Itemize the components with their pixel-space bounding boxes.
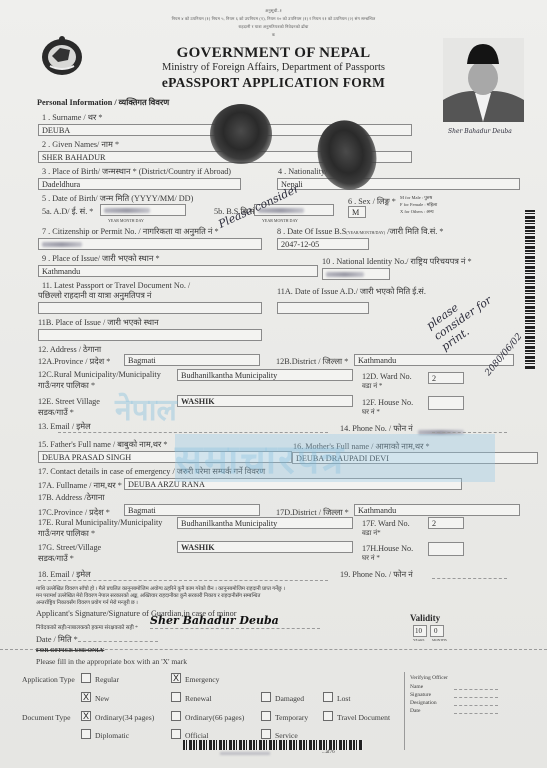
street-field[interactable]: WASHIK <box>177 395 353 407</box>
top-note-3: राहदानी र यात्रा अनुमतिपत्रको निवेदनको ढ… <box>0 24 547 30</box>
validity-label: Validity <box>410 613 440 623</box>
em-email-label: 18. Email / इमेल <box>38 569 91 580</box>
sex-hint-other: X for Others : अन्य <box>400 209 434 215</box>
barcode-text: ...af76 <box>322 750 335 755</box>
dob-ad-hint: YEAR MONTH DAY <box>108 218 144 223</box>
signature-label-np: निवेदकको सही/नाबालकको हकमा संरक्षकको सही… <box>36 623 138 631</box>
em-phone-label: 19. Phone No. / फोन नं <box>340 569 413 580</box>
father-label: 15. Father's Full name / बाबुको नाम,थर * <box>38 439 168 450</box>
option-diplomatic-label: Diplomatic <box>95 731 129 740</box>
sex-hint-male: M for Male : पुरुष <box>400 195 432 201</box>
date-of-issue-bs-field[interactable]: 2047-12-05 <box>277 238 369 250</box>
latest-passport-label-np: पछिल्लो राहदानी वा यात्रा अनुमतिपत्र नं <box>38 290 151 301</box>
watermark-line-1: नेपाल <box>115 388 177 429</box>
verifying-signature-label: Signature <box>410 692 431 698</box>
date-of-issue-bs-label-np: /जारी मिति वि.सं. * <box>387 227 443 236</box>
em-email-field[interactable] <box>38 580 328 581</box>
date-of-issue-bs-format: (YEAR/MONTH/DAY) <box>346 230 385 235</box>
district-label: 12B.District / जिल्ला * <box>276 356 348 367</box>
option-lost-label: Lost <box>337 694 351 703</box>
em-house-label: 17H.House No. <box>362 544 413 553</box>
checkbox-ordinary-66[interactable] <box>171 711 181 721</box>
validity-months-label: MONTHS <box>432 638 447 642</box>
option-renewal-label: Renewal <box>185 694 212 703</box>
applicant-signature: Sher Bahadur Deuba <box>150 614 279 627</box>
application-type-label: Application Type <box>22 675 75 684</box>
section-personal-info: Personal Information / व्यक्तिगत विवरण <box>37 97 169 108</box>
verifying-officer-title: Verifying Officer <box>410 675 448 681</box>
dob-label: 5 . Date of Birth/ जन्म मिति (YYYY/MM/ D… <box>42 193 193 204</box>
redacted-value <box>326 272 364 277</box>
date-of-issue-ad-field[interactable] <box>277 302 369 314</box>
option-ordinary-66-label: Ordinary(66 pages) <box>185 713 244 722</box>
em-house-field[interactable] <box>428 542 464 556</box>
em-fullname-label: 17A. Fullname / नाम,थर * <box>38 480 122 491</box>
checkbox-temporary[interactable] <box>261 711 271 721</box>
option-temporary-label: Temporary <box>275 713 308 722</box>
province-field[interactable]: Bagmati <box>124 354 260 366</box>
checkbox-new[interactable]: X <box>81 692 91 702</box>
barcode-redacted <box>220 752 270 755</box>
ward-field[interactable]: 2 <box>428 372 464 384</box>
verifying-designation-field[interactable] <box>454 705 498 706</box>
validity-months[interactable]: 0 <box>430 625 444 637</box>
national-id-label: 10 . National Identity No./ राष्ट्रिय पर… <box>322 256 472 267</box>
verifying-date-label: Date <box>410 708 420 714</box>
handwritten-note-2: please consider for print. <box>424 276 512 354</box>
barcode <box>183 740 363 750</box>
place-of-birth-field[interactable]: Dadeldhura <box>38 178 241 190</box>
em-phone-field[interactable] <box>432 578 507 579</box>
surname-label: 1 . Surname / थर * <box>42 112 102 123</box>
declaration-line-3: अन्तर्राष्ट्रिय निकायसँग विवरण प्रयोग गर… <box>36 598 456 606</box>
em-district-field[interactable]: Kathmandu <box>354 504 520 516</box>
top-note-1: अनुसूची–१ <box>0 8 547 14</box>
dob-ad-label: 5a. A.D/ ई. सं. * <box>42 206 93 217</box>
option-new-label: New <box>95 694 109 703</box>
street-label: 12E. Street Village <box>38 397 100 406</box>
office-instruction: Please fill in the appropriate box with … <box>36 657 187 666</box>
checkbox-travel-document[interactable] <box>323 711 333 721</box>
date-field[interactable] <box>78 641 158 642</box>
date-of-issue-bs-label: 8 . Date Of Issue B.S(YEAR/MONTH/DAY) /ज… <box>277 226 443 237</box>
address-label: 12. Address / ठेगाना <box>38 344 101 355</box>
top-note-2: नियम ४ को उपनियम (१) नियम ५, नियम ६ को उ… <box>60 16 487 22</box>
phone-line <box>432 432 507 433</box>
option-official-label: Official <box>185 731 208 740</box>
latest-passport-field[interactable] <box>38 302 262 314</box>
em-address-label: 17B. Address /ठेगाना <box>38 492 105 503</box>
checkbox-ordinary-34[interactable]: X <box>81 711 91 721</box>
verifying-date-field[interactable] <box>454 713 498 714</box>
em-ward-field[interactable]: 2 <box>428 517 464 529</box>
em-street-label-np: सडक/गाउँ * <box>38 553 74 564</box>
option-ordinary-34-label: Ordinary(34 pages) <box>95 713 154 722</box>
side-barcode <box>525 210 535 370</box>
dob-bs-hint: YEAR MONTH DAY <box>262 218 298 223</box>
em-province-field[interactable]: Bagmati <box>124 504 260 516</box>
nationality-field[interactable]: Nepali <box>277 178 520 190</box>
signature-line <box>150 628 320 629</box>
redacted-value <box>104 208 150 213</box>
house-label-np: घर नं * <box>362 408 380 417</box>
option-travel-document-label: Travel Document <box>337 713 390 722</box>
em-municipality-field[interactable]: Budhanilkantha Municipality <box>177 517 353 529</box>
house-label: 12F. House No. <box>362 398 413 407</box>
given-names-label: 2 . Given Names/ नाम * <box>42 139 119 150</box>
validity-years-label: YEARS <box>413 638 424 642</box>
verifying-name-field[interactable] <box>454 689 498 690</box>
verifying-signature-field[interactable] <box>454 697 498 698</box>
em-street-label: 17G. Street/Village <box>38 543 101 552</box>
verifying-name-label: Name <box>410 684 423 690</box>
checkbox-damaged[interactable] <box>261 692 271 702</box>
verifying-divider <box>404 672 405 750</box>
checkbox-regular[interactable] <box>81 673 91 683</box>
validity-years[interactable]: 10 <box>413 625 427 637</box>
date-label: Date / मिति * <box>36 634 78 645</box>
email-label: 13. Email / इमेल <box>38 421 91 432</box>
option-emergency-label: Emergency <box>185 675 219 684</box>
checkbox-official[interactable] <box>171 729 181 739</box>
place-of-birth-label: 3 . Place of Birth/ जन्मस्थान * (Distric… <box>42 166 231 177</box>
office-use-heading: FOR OFFICE USE ONLY <box>36 648 104 654</box>
option-damaged-label: Damaged <box>275 694 304 703</box>
watermark-line-2: समाचारपत्र <box>175 430 345 485</box>
place-of-issue-11b-field[interactable] <box>38 329 262 341</box>
em-ward-label: 17F. Ward No. <box>362 519 410 528</box>
em-municipality-label-np: गाउँ/नगर पालिका * <box>38 528 95 539</box>
street-label-np: सडक/गाउँ * <box>38 407 74 418</box>
checkbox-diplomatic[interactable] <box>81 729 91 739</box>
ward-label-np: वडा नं * <box>362 382 382 391</box>
date-of-issue-ad-label: 11A. Date of Issue A.D./ जारी भएको मिति … <box>277 286 426 297</box>
em-street-field[interactable]: WASHIK <box>177 541 353 553</box>
province-label: 12A.Province / प्रदेश * <box>38 356 110 367</box>
place-of-issue-label: 9 . Place of Issue/ जारी भएको स्थान * <box>42 253 160 264</box>
checkbox-lost[interactable] <box>323 692 333 702</box>
latest-passport-label: 11. Latest Passport or Travel Document N… <box>42 281 190 290</box>
citizenship-field[interactable] <box>38 238 262 250</box>
house-field[interactable] <box>428 396 464 410</box>
ward-label: 12D. Ward No. <box>362 372 412 381</box>
option-regular-label: Regular <box>95 675 119 684</box>
option-service-label: Service <box>275 731 298 740</box>
em-municipality-label: 17E. Rural Municipality/Municipality <box>38 518 162 527</box>
checkbox-renewal[interactable] <box>171 692 181 702</box>
document-type-label: Document Type <box>22 713 70 722</box>
sex-field[interactable]: M <box>348 206 366 218</box>
photo-signature: Sher Bahadur Deuba <box>448 128 512 135</box>
em-ward-label-np: वडा नं* <box>362 529 381 538</box>
redacted-value <box>42 242 82 247</box>
dob-ad-field[interactable] <box>100 204 186 216</box>
phone-label: 14. Phone No. / फोन नं <box>340 423 413 434</box>
left-thumbprint <box>210 104 272 164</box>
sex-hint-female: F for Female : महिला <box>400 202 437 208</box>
verifying-designation-label: Designation <box>410 700 437 706</box>
checkbox-emergency[interactable]: X <box>171 673 181 683</box>
date-of-issue-bs-label-en: 8 . Date Of Issue B.S <box>277 227 346 236</box>
place-of-issue-field[interactable]: Kathmandu <box>38 265 318 277</box>
passport-application-form: अनुसूची–१ नियम ४ को उपनियम (१) नियम ५, न… <box>0 0 547 768</box>
checkbox-service[interactable] <box>261 729 271 739</box>
em-province-label: 17C.Province / प्रदेश * <box>38 507 110 518</box>
em-house-label-np: घर नं * <box>362 554 380 563</box>
place-of-issue-11b-label: 11B. Place of Issue / जारी भएको स्थान <box>38 317 159 328</box>
municipality-label-np: गाउँ/नगर पालिका * <box>38 380 95 391</box>
citizenship-label: 7 . Citizenship or Permit No. / नागरिकता… <box>42 226 219 237</box>
municipality-label: 12C.Rural Municipality/Municipality <box>38 370 161 379</box>
municipality-field[interactable]: Budhanilkantha Municipality <box>177 369 353 381</box>
applicant-photo <box>443 38 524 122</box>
national-id-field[interactable] <box>322 268 390 280</box>
